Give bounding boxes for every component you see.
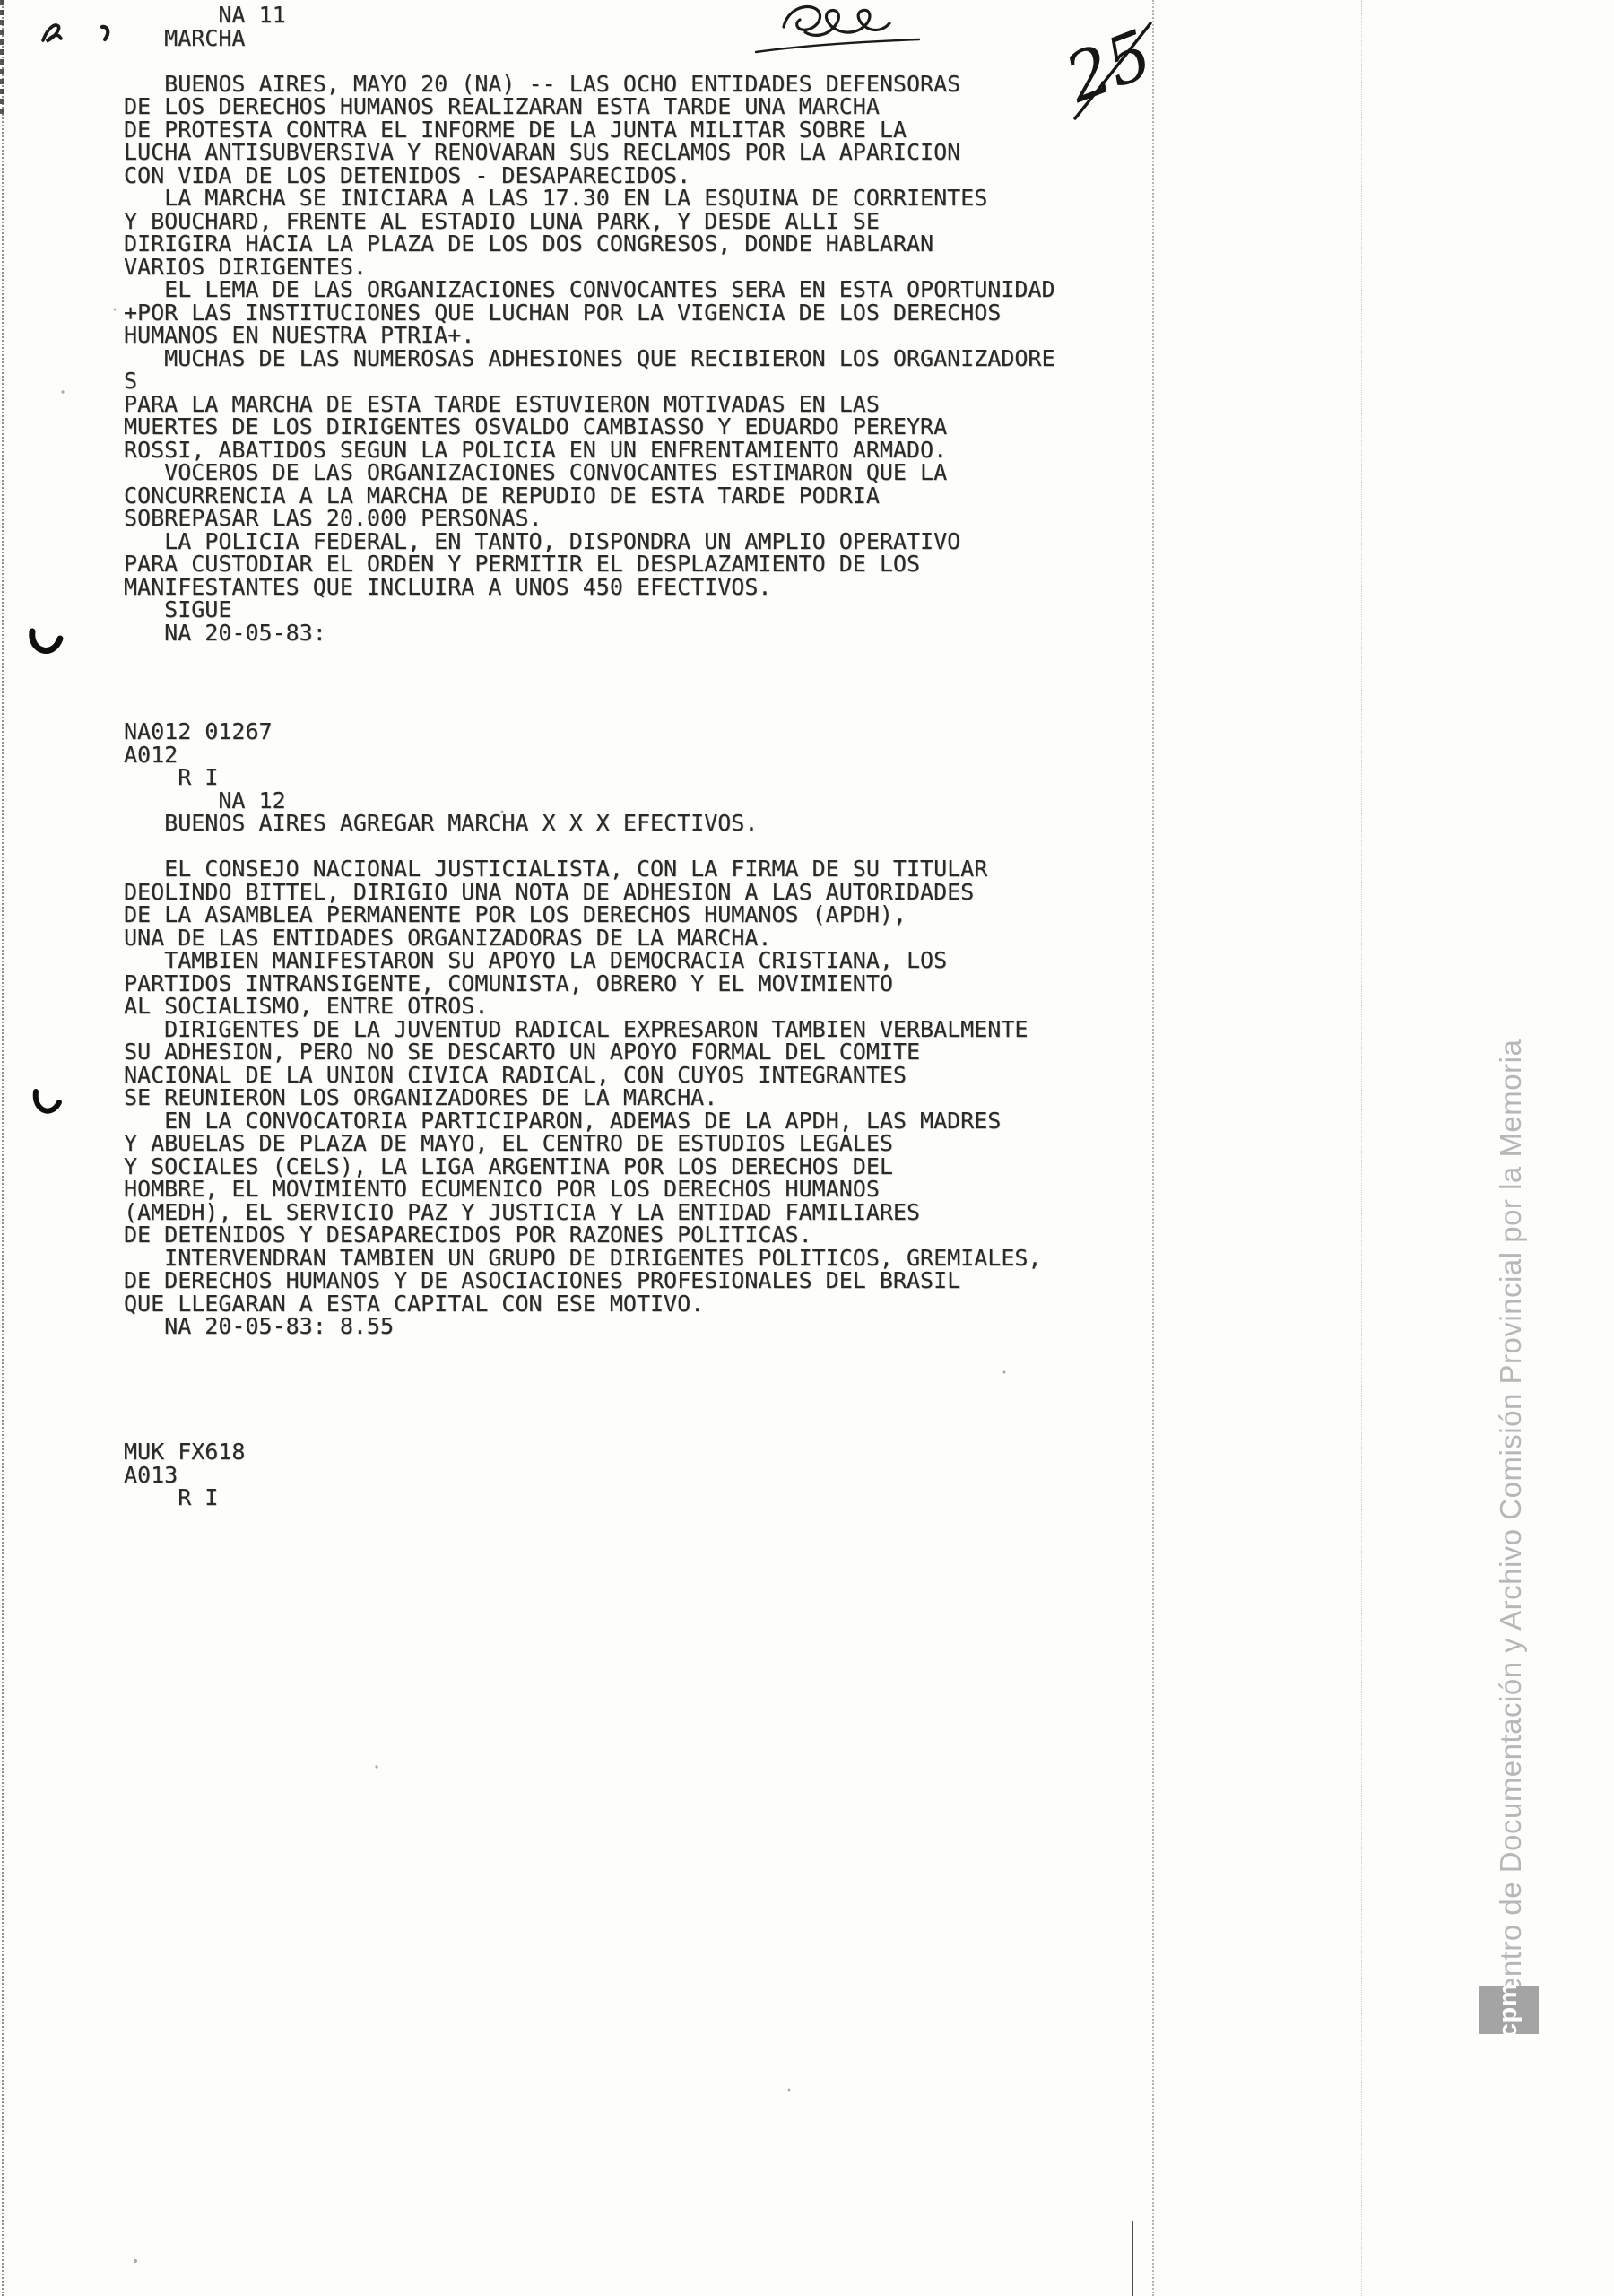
crescent-mark-upper (32, 631, 60, 650)
scanned-telex-page: NA 11 MARCHA BUENOS AIRES, MAYO 20 (NA) … (0, 0, 1614, 2296)
left-edge-perforation-line (2, 0, 4, 2296)
archive-watermark-text: Centro de Documentación y Archivo Comisi… (1494, 1039, 1528, 2016)
cpm-logo-text: cpm (1494, 1982, 1523, 2037)
telex-section-na11-marcha: NA 11 MARCHA BUENOS AIRES, MAYO 20 (NA) … (124, 4, 1055, 644)
crescent-mark-lower (36, 1091, 59, 1111)
vertical-fold-line-faint (1361, 0, 1362, 2296)
left-edge-dense-marks (0, 0, 4, 118)
page-number-slash (1075, 23, 1150, 118)
vertical-fold-line-dotted (1152, 0, 1154, 2296)
ink-mark-squiggle (43, 25, 108, 41)
handwritten-page-number: 25 (1054, 15, 1162, 118)
telex-section-muk-fx618: MUK FX618 A013 R I (124, 1440, 245, 1509)
fold-line-bottom-solid-segment (1132, 2221, 1133, 2296)
cpm-logo: cpm (1479, 1986, 1539, 2034)
page-number-text: 25 (1054, 15, 1162, 117)
telex-section-na12-agregar: NA012 01267 A012 R I NA 12 BUENOS AIRES … (124, 720, 1042, 1338)
